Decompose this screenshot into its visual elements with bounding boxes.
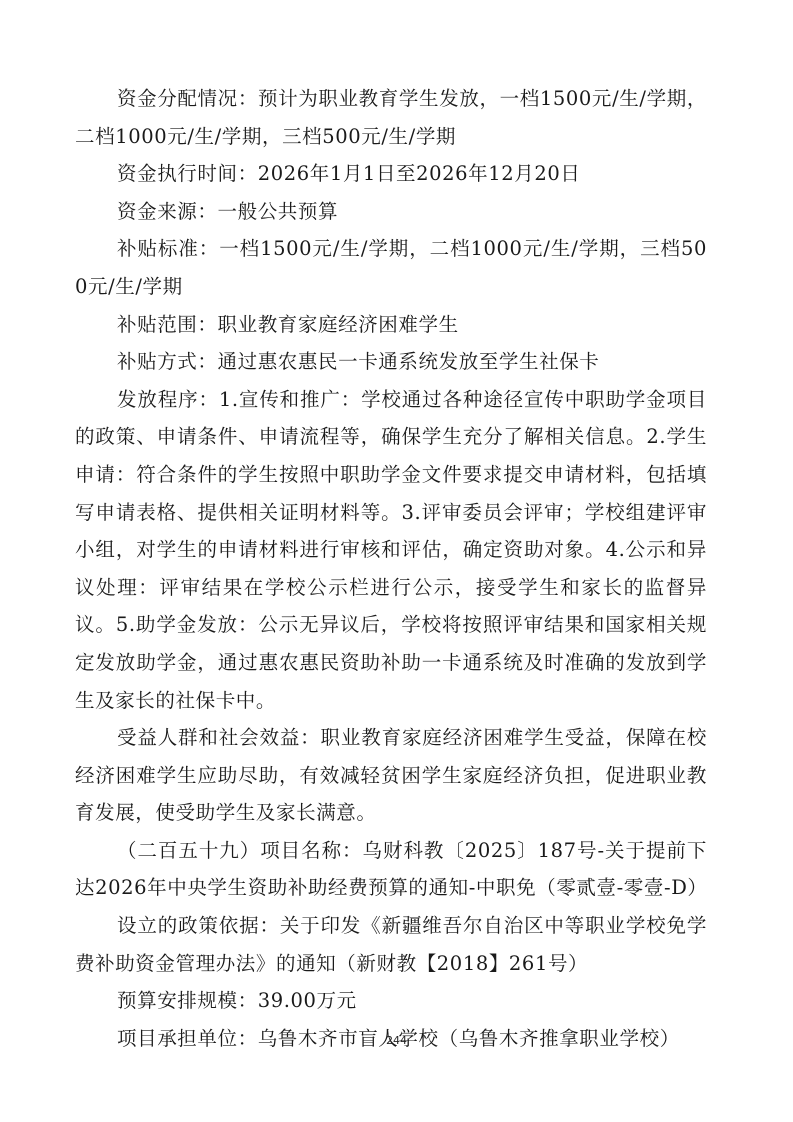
paragraph-subsidy-method: 补贴方式：通过惠农惠民一卡通系统发放至学生社保卡 (75, 343, 707, 381)
paragraph-beneficiaries: 受益人群和社会效益：职业教育家庭经济困难学生受益，保障在校经济困难学生应助尽助，… (75, 719, 707, 832)
paragraph-project-name: （二百五十九）项目名称：乌财科教〔2025〕187号-关于提前下达2026年中央… (75, 832, 707, 907)
paragraph-budget-scale: 预算安排规模：39.00万元 (75, 982, 707, 1020)
paragraph-execution-time: 资金执行时间：2026年1月1日至2026年12月20日 (75, 155, 707, 193)
paragraph-subsidy-standard: 补贴标准：一档1500元/生/学期，二档1000元/生/学期，三档500元/生/… (75, 230, 707, 305)
paragraph-subsidy-scope: 补贴范围：职业教育家庭经济困难学生 (75, 306, 707, 344)
paragraph-distribution-procedure: 发放程序：1.宣传和推广：学校通过各种途径宣传中职助学金项目的政策、申请条件、申… (75, 381, 707, 719)
paragraph-fund-source: 资金来源：一般公共预算 (75, 193, 707, 231)
paragraph-fund-allocation: 资金分配情况：预计为职业教育学生发放，一档1500元/生/学期，二档1000元/… (75, 80, 707, 155)
document-body: 资金分配情况：预计为职业教育学生发放，一档1500元/生/学期，二档1000元/… (75, 80, 707, 1057)
page-number: 244 (0, 1034, 793, 1047)
paragraph-policy-basis: 设立的政策依据：关于印发《新疆维吾尔自治区中等职业学校免学费补助资金管理办法》的… (75, 907, 707, 982)
